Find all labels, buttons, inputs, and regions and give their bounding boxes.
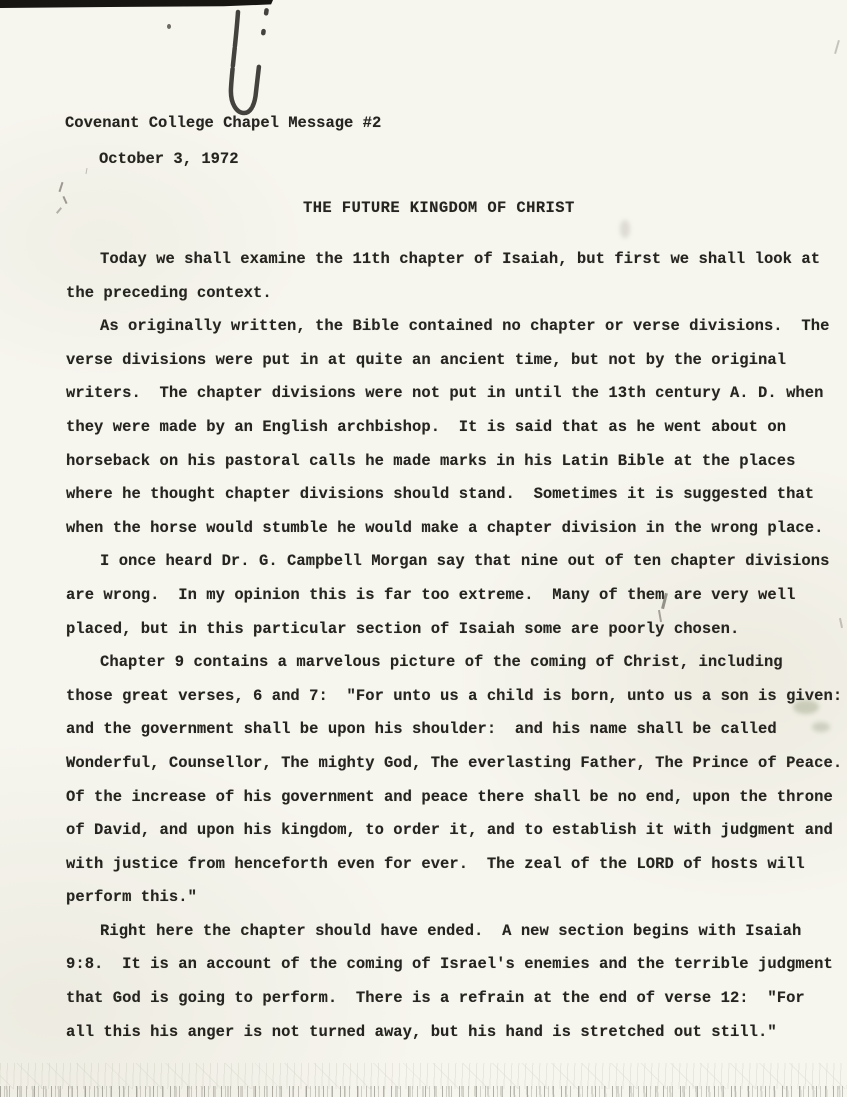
document-line: all this his anger is not turned away, b… [66, 1016, 830, 1050]
document-line: those great verses, 6 and 7: "For unto u… [66, 680, 830, 714]
document-line: are wrong. In my opinion this is far too… [66, 579, 830, 613]
scan-noise-band [0, 1086, 847, 1097]
scan-streak [839, 618, 843, 628]
document-line: of David, and upon his kingdom, to order… [66, 814, 830, 848]
document-line: when the horse would stumble he would ma… [66, 512, 830, 546]
document-line: perform this." [66, 881, 830, 915]
document-line: As originally written, the Bible contain… [66, 310, 830, 344]
scan-smudge [812, 722, 830, 732]
document-line: Wonderful, Counsellor, The mighty God, T… [66, 747, 830, 781]
document-line: I once heard Dr. G. Campbell Morgan say … [66, 545, 830, 579]
document-line: writers. The chapter divisions were not … [66, 377, 830, 411]
document-line: Of the increase of his government and pe… [66, 781, 830, 815]
paperclip-mark [213, 0, 283, 125]
scan-streak [59, 182, 64, 192]
scan-smudge [793, 700, 819, 714]
scanned-document-page: Covenant College Chapel Message #2 Octob… [0, 0, 847, 1097]
document-header-line: Covenant College Chapel Message #2 [65, 114, 381, 132]
document-line: verse divisions were put in at quite an … [66, 344, 830, 378]
document-line: Today we shall examine the 11th chapter … [66, 243, 830, 277]
document-line: 9:8. It is an account of the coming of I… [66, 948, 830, 982]
document-line: that God is going to perform. There is a… [66, 982, 830, 1016]
document-line: they were made by an English archbishop.… [66, 411, 830, 445]
document-line: the preceding context. [66, 277, 830, 311]
document-line: placed, but in this particular section o… [66, 613, 830, 647]
document-line: with justice from henceforth even for ev… [66, 848, 830, 882]
scan-smudge [620, 220, 630, 238]
document-body: Today we shall examine the 11th chapter … [66, 243, 830, 1049]
document-date: October 3, 1972 [99, 150, 239, 168]
scan-speck [167, 24, 171, 29]
document-line: and the government shall be upon his sho… [66, 713, 830, 747]
scan-streak [85, 168, 87, 174]
document-line: Chapter 9 contains a marvelous picture o… [66, 646, 830, 680]
document-line: horseback on his pastoral calls he made … [66, 445, 830, 479]
scan-streak [834, 40, 840, 54]
document-line: Right here the chapter should have ended… [66, 915, 830, 949]
scan-streak [62, 196, 67, 204]
document-line: where he thought chapter divisions shoul… [66, 478, 830, 512]
document-title: THE FUTURE KINGDOM OF CHRIST [303, 199, 575, 217]
scan-streak [56, 207, 62, 214]
